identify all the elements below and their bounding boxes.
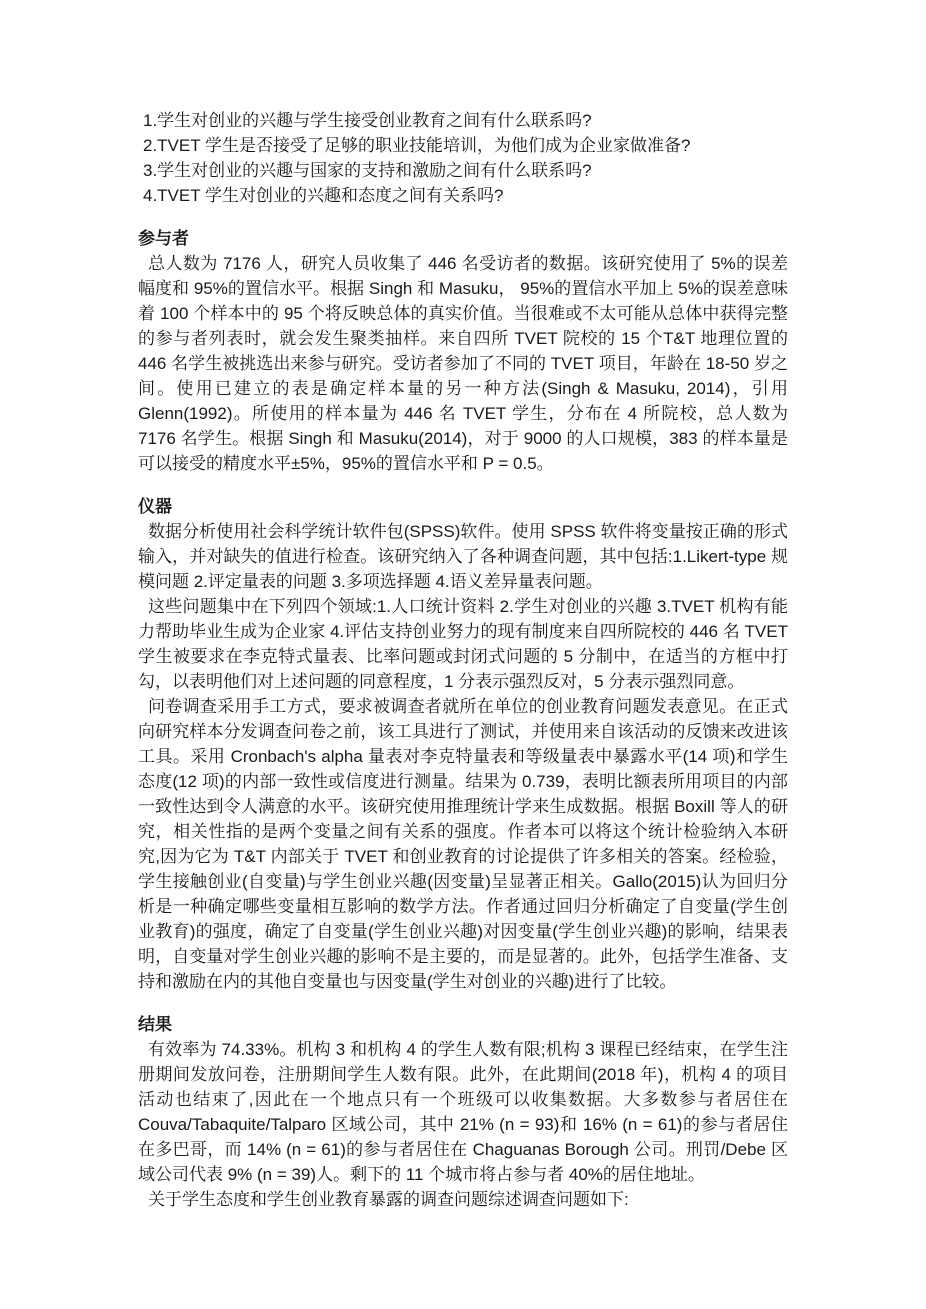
document-page: 1.学生对创业的兴趣与学生接受创业教育之间有什么联系吗? 2.TVET 学生是否… bbox=[0, 0, 926, 1309]
section-instruments: 仪器 数据分析使用社会科学统计软件包(SPSS)软件。使用 SPSS 软件将变量… bbox=[138, 494, 788, 994]
instruments-paragraph-1: 数据分析使用社会科学统计软件包(SPSS)软件。使用 SPSS 软件将变量按正确… bbox=[138, 519, 788, 594]
participants-paragraph-1: 总人数为 7176 人，研究人员收集了 446 名受访者的数据。该研究使用了 5… bbox=[138, 251, 788, 476]
participants-heading: 参与者 bbox=[138, 226, 788, 251]
instruments-heading: 仪器 bbox=[138, 494, 788, 519]
research-question-list: 1.学生对创业的兴趣与学生接受创业教育之间有什么联系吗? 2.TVET 学生是否… bbox=[138, 108, 788, 208]
section-participants: 参与者 总人数为 7176 人，研究人员收集了 446 名受访者的数据。该研究使… bbox=[138, 226, 788, 476]
research-question-3: 3.学生对创业的兴趣与国家的支持和激励之间有什么联系吗? bbox=[138, 158, 788, 183]
research-question-2: 2.TVET 学生是否接受了足够的职业技能培训，为他们成为企业家做准备? bbox=[138, 133, 788, 158]
results-paragraph-2: 关于学生态度和学生创业教育暴露的调查问题综述调查问题如下: bbox=[138, 1187, 788, 1212]
results-paragraph-1: 有效率为 74.33%。机构 3 和机构 4 的学生人数有限;机构 3 课程已经… bbox=[138, 1037, 788, 1187]
document-content: 1.学生对创业的兴趣与学生接受创业教育之间有什么联系吗? 2.TVET 学生是否… bbox=[138, 108, 788, 1212]
research-question-4: 4.TVET 学生对创业的兴趣和态度之间有关系吗? bbox=[138, 183, 788, 208]
section-results: 结果 有效率为 74.33%。机构 3 和机构 4 的学生人数有限;机构 3 课… bbox=[138, 1012, 788, 1212]
results-heading: 结果 bbox=[138, 1012, 788, 1037]
instruments-paragraph-2: 这些问题集中在下列四个领域:1.人口统计资料 2.学生对创业的兴趣 3.TVET… bbox=[138, 594, 788, 694]
research-question-1: 1.学生对创业的兴趣与学生接受创业教育之间有什么联系吗? bbox=[138, 108, 788, 133]
instruments-paragraph-3: 问卷调查采用手工方式，要求被调查者就所在单位的创业教育问题发表意见。在正式向研究… bbox=[138, 694, 788, 994]
